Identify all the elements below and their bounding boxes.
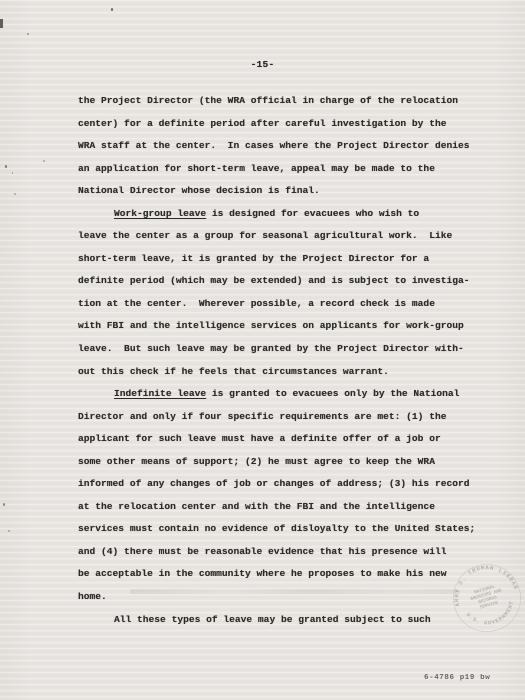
text-line: Director and only if four specific requi… [78, 406, 498, 429]
text-line: leave. But such leave may be granted by … [78, 338, 498, 361]
document-page: -15- the Project Director (the WRA offic… [0, 0, 525, 700]
text-line: out this check if he feels that circumst… [78, 361, 498, 384]
noise-speck [111, 8, 113, 11]
text-line: National Director whose decision is fina… [78, 180, 498, 203]
text-line: center) for a definite period after care… [78, 113, 498, 136]
text-line: the Project Director (the WRA official i… [78, 90, 498, 113]
text-line: applicant for such leave must have a def… [78, 428, 498, 451]
footer-reference-code: 6-4786 p19 bw [424, 674, 490, 682]
text-line: leave the center as a group for seasonal… [78, 225, 498, 248]
noise-speck [0, 19, 3, 28]
text-line: informed of any changes of job or change… [78, 473, 498, 496]
text-line: be acceptable in the community where he … [78, 563, 498, 586]
text-line: an application for short-term leave, app… [78, 158, 498, 181]
noise-speck [12, 172, 13, 174]
text-line: Work-group leave is designed for evacuee… [78, 203, 498, 226]
text-line: with FBI and the intelligence services o… [78, 315, 498, 338]
text-line: WRA staff at the center. In cases where … [78, 135, 498, 158]
noise-speck [27, 33, 29, 35]
text-line: definite period (which may be extended) … [78, 270, 498, 293]
text-line: short-term leave, it is granted by the P… [78, 248, 498, 271]
page-number: -15- [0, 59, 525, 70]
text-line: All these types of leave may be granted … [78, 609, 498, 632]
underlined-heading: Work-group leave [114, 208, 206, 219]
noise-speck [3, 503, 5, 506]
underlined-heading: Indefinite leave [114, 388, 206, 399]
text-body: the Project Director (the WRA official i… [78, 90, 498, 631]
noise-speck [43, 160, 45, 162]
noise-speck [5, 165, 7, 168]
noise-speck [14, 193, 16, 195]
scan-smudge [130, 589, 460, 594]
text-line: at the relocation center and with the FB… [78, 496, 498, 519]
noise-speck [8, 530, 10, 532]
text-line: some other means of support; (2) he must… [78, 451, 498, 474]
text-line: Indefinite leave is granted to evacuees … [78, 383, 498, 406]
text-line: tion at the center. Wherever possible, a… [78, 293, 498, 316]
text-line: services must contain no evidence of dis… [78, 518, 498, 541]
text-line: and (4) there must be reasonable evidenc… [78, 541, 498, 564]
